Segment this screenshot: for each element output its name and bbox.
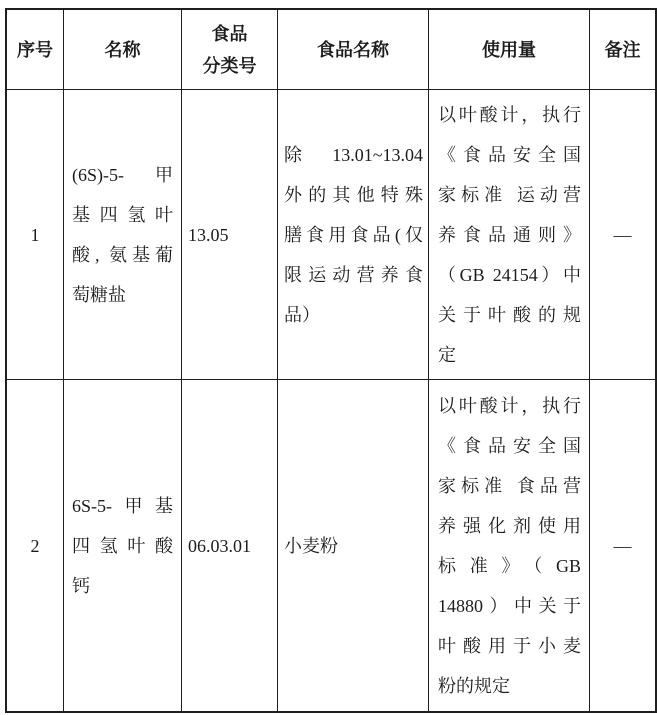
header-food-name: 食品名称: [278, 10, 429, 90]
row2-name-cell: 6S-5-甲基四氢叶酸钙: [64, 380, 182, 711]
header-index: 序号: [7, 10, 64, 90]
row2-usage-cell: 以叶酸计，执行《食品安全国家标准 食品营养强化剂使用标准》（GB14880）中关…: [429, 380, 590, 711]
row1-food-name-cell: 除 13.01~13.04外的其他特殊膳食用食品(仅限运动营养食品）: [278, 90, 429, 380]
row2-index-cell: 2: [7, 380, 64, 711]
row1-remark-cell: —: [590, 90, 655, 380]
row2-food-name-cell: 小麦粉: [278, 380, 429, 711]
row1-name-cell: (6S)-5-甲基四氢叶酸, 氨基葡萄糖盐: [64, 90, 182, 380]
row2-remark-cell: —: [590, 380, 655, 711]
row2-class-no-cell: 06.03.01: [182, 380, 278, 711]
header-usage: 使用量: [429, 10, 590, 90]
header-remark: 备注: [590, 10, 655, 90]
row1-index-cell: 1: [7, 90, 64, 380]
row1-class-no-cell: 13.05: [182, 90, 278, 380]
food-fortifier-approval-table: 序号 名称 食品 分类号 食品名称 使用量 备注 1 (6S)-5-甲基四氢叶酸…: [5, 8, 657, 713]
header-name: 名称: [64, 10, 182, 90]
header-class-no: 食品 分类号: [182, 10, 278, 90]
row1-usage-cell: 以叶酸计，执行《食品安全国家标准 运动营养食品通则》（GB 24154）中关于叶…: [429, 90, 590, 380]
